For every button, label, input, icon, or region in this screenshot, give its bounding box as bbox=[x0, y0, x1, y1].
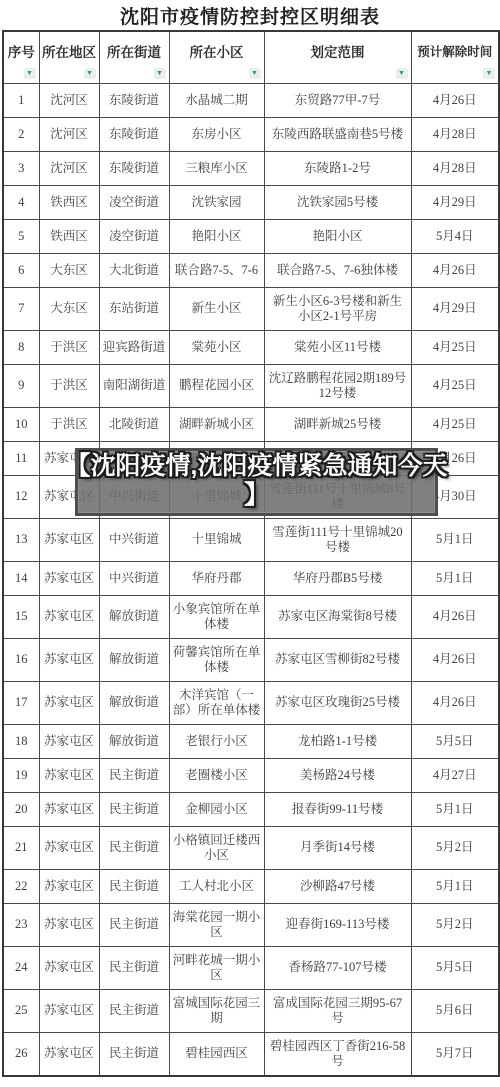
cell-release: 5月4日 bbox=[411, 219, 499, 253]
cell-district: 苏家屯区 bbox=[39, 903, 99, 946]
cell-district: 苏家屯区 bbox=[39, 724, 99, 758]
table-row: 20苏家屯区民主街道金柳园小区报春街99-11号楼5月1日 bbox=[3, 792, 499, 826]
cell-street: 南阳湖街道 bbox=[99, 364, 169, 407]
watermark-text-line2: 】 bbox=[244, 481, 269, 510]
cell-scope: 沈辽路鹏程花园2期189号12号楼 bbox=[264, 364, 411, 407]
table-row: 2沈河区东陵街道东房小区东陵西路联盛南巷5号楼4月28日 bbox=[3, 117, 499, 151]
cell-index: 5 bbox=[3, 219, 39, 253]
cell-scope: 报春街99-11号楼 bbox=[264, 792, 411, 826]
cell-index: 9 bbox=[3, 364, 39, 407]
cell-street: 民主街道 bbox=[99, 946, 169, 989]
cell-community: 新生小区 bbox=[169, 287, 264, 330]
cell-release: 4月29日 bbox=[411, 287, 499, 330]
cell-index: 24 bbox=[3, 946, 39, 989]
cell-street: 解放街道 bbox=[99, 638, 169, 681]
cell-release: 4月29日 bbox=[411, 185, 499, 219]
cell-street: 大北街道 bbox=[99, 253, 169, 287]
cell-district: 大东区 bbox=[39, 253, 99, 287]
cell-release: 5月1日 bbox=[411, 869, 499, 903]
cell-index: 19 bbox=[3, 758, 39, 792]
header-row: 序号 ▼ 所在地区 ▼ 所在街道 ▼ 所在小区 ▼ 划定范围 ▼ bbox=[3, 31, 499, 83]
cell-district: 沈河区 bbox=[39, 117, 99, 151]
col-header-index: 序号 ▼ bbox=[3, 31, 39, 83]
cell-street: 民主街道 bbox=[99, 792, 169, 826]
cell-index: 11 bbox=[3, 441, 39, 475]
cell-community: 鹏程花园小区 bbox=[169, 364, 264, 407]
cell-community: 三粮库小区 bbox=[169, 151, 264, 185]
cell-index: 10 bbox=[3, 407, 39, 441]
col-header-community: 所在小区 ▼ bbox=[169, 31, 264, 83]
cell-release: 5月1日 bbox=[411, 561, 499, 595]
cell-district: 铁西区 bbox=[39, 185, 99, 219]
cell-release: 4月25日 bbox=[411, 330, 499, 364]
table-row: 5铁西区凌空街道艳阳小区艳阳小区5月4日 bbox=[3, 219, 499, 253]
cell-district: 苏家屯区 bbox=[39, 595, 99, 638]
cell-scope: 沙柳路47号楼 bbox=[264, 869, 411, 903]
table-row: 26苏家屯区民主街道碧桂园西区碧桂园西区丁香街216-58号5月7日 bbox=[3, 1032, 499, 1076]
cell-release: 5月7日 bbox=[411, 1032, 499, 1076]
cell-index: 1 bbox=[3, 83, 39, 117]
cell-scope: 月季街14号楼 bbox=[264, 826, 411, 869]
cell-scope: 东陵西路联盛南巷5号楼 bbox=[264, 117, 411, 151]
cell-scope: 华府丹郡B5号楼 bbox=[264, 561, 411, 595]
cell-release: 5月5日 bbox=[411, 946, 499, 989]
cell-index: 6 bbox=[3, 253, 39, 287]
cell-community: 湖畔新城小区 bbox=[169, 407, 264, 441]
cell-index: 7 bbox=[3, 287, 39, 330]
col-header-district: 所在地区 ▼ bbox=[39, 31, 99, 83]
table-row: 8于洪区迎宾路街道棠苑小区棠苑小区11号楼4月25日 bbox=[3, 330, 499, 364]
table-body: 1沈河区东陵街道水晶城二期东贸路77甲-7号4月26日2沈河区东陵街道东房小区东… bbox=[3, 83, 499, 1076]
cell-street: 解放街道 bbox=[99, 681, 169, 724]
table-row: 7大东区东站街道新生小区新生小区6-3号楼和新生小区2-1号平房4月29日 bbox=[3, 287, 499, 330]
cell-release: 4月26日 bbox=[411, 253, 499, 287]
table-row: 24苏家屯区民主街道河畔花城一期小区香杨路77-107号楼5月5日 bbox=[3, 946, 499, 989]
cell-index: 21 bbox=[3, 826, 39, 869]
cell-street: 迎宾路街道 bbox=[99, 330, 169, 364]
cell-community: 小格镇回迁楼西小区 bbox=[169, 826, 264, 869]
cell-community: 木洋宾馆（一部）所在单体楼 bbox=[169, 681, 264, 724]
cell-street: 民主街道 bbox=[99, 758, 169, 792]
lockdown-area-table: 序号 ▼ 所在地区 ▼ 所在街道 ▼ 所在小区 ▼ 划定范围 ▼ bbox=[2, 30, 500, 1077]
cell-community: 老银行小区 bbox=[169, 724, 264, 758]
cell-release: 4月25日 bbox=[411, 407, 499, 441]
cell-district: 于洪区 bbox=[39, 407, 99, 441]
col-header-street: 所在街道 ▼ bbox=[99, 31, 169, 83]
cell-district: 于洪区 bbox=[39, 330, 99, 364]
cell-street: 解放街道 bbox=[99, 595, 169, 638]
cell-street: 东站街道 bbox=[99, 287, 169, 330]
cell-scope: 艳阳小区 bbox=[264, 219, 411, 253]
cell-release: 5月2日 bbox=[411, 903, 499, 946]
cell-street: 民主街道 bbox=[99, 826, 169, 869]
cell-community: 工人村北小区 bbox=[169, 869, 264, 903]
cell-release: 5月1日 bbox=[411, 518, 499, 561]
cell-community: 艳阳小区 bbox=[169, 219, 264, 253]
cell-street: 民主街道 bbox=[99, 869, 169, 903]
cell-community: 沈铁家园 bbox=[169, 185, 264, 219]
cell-community: 荷馨宾馆所在单体楼 bbox=[169, 638, 264, 681]
cell-district: 苏家屯区 bbox=[39, 869, 99, 903]
cell-district: 苏家屯区 bbox=[39, 518, 99, 561]
cell-community: 碧桂园西区 bbox=[169, 1032, 264, 1076]
cell-index: 16 bbox=[3, 638, 39, 681]
cell-release: 5月1日 bbox=[411, 792, 499, 826]
cell-street: 中兴街道 bbox=[99, 518, 169, 561]
table-row: 10于洪区北陵街道湖畔新城小区湖畔新城25号楼4月25日 bbox=[3, 407, 499, 441]
cell-community: 十里锦城 bbox=[169, 518, 264, 561]
cell-scope: 碧桂园西区丁香街216-58号 bbox=[264, 1032, 411, 1076]
table-row: 16苏家屯区解放街道荷馨宾馆所在单体楼苏家屯区雪柳街82号楼4月26日 bbox=[3, 638, 499, 681]
table-row: 15苏家屯区解放街道小象宾馆所在单体楼苏家屯区海棠街8号楼4月26日 bbox=[3, 595, 499, 638]
cell-district: 苏家屯区 bbox=[39, 792, 99, 826]
cell-release: 5月5日 bbox=[411, 724, 499, 758]
cell-release: 4月25日 bbox=[411, 364, 499, 407]
cell-index: 25 bbox=[3, 989, 39, 1032]
cell-district: 苏家屯区 bbox=[39, 561, 99, 595]
cell-street: 民主街道 bbox=[99, 1032, 169, 1076]
cell-street: 民主街道 bbox=[99, 903, 169, 946]
cell-scope: 湖畔新城25号楼 bbox=[264, 407, 411, 441]
col-header-release: 预计解除时间 ▼ bbox=[411, 31, 499, 83]
table-row: 18苏家屯区解放街道老银行小区龙柏路1-1号楼5月5日 bbox=[3, 724, 499, 758]
cell-release: 4月26日 bbox=[411, 595, 499, 638]
cell-scope: 美杨路24号楼 bbox=[264, 758, 411, 792]
cell-scope: 龙柏路1-1号楼 bbox=[264, 724, 411, 758]
cell-scope: 苏家屯区雪柳街82号楼 bbox=[264, 638, 411, 681]
cell-scope: 东贸路77甲-7号 bbox=[264, 83, 411, 117]
watermark-banner: 【沈阳疫情,沈阳疫情紧急通知今天 】 bbox=[75, 448, 438, 516]
cell-district: 铁西区 bbox=[39, 219, 99, 253]
cell-release: 4月28日 bbox=[411, 151, 499, 185]
table-row: 23苏家屯区民主街道海棠花园一期小区迎春街169-113号楼5月2日 bbox=[3, 903, 499, 946]
cell-index: 15 bbox=[3, 595, 39, 638]
cell-scope: 雪莲街111号十里锦城20号楼 bbox=[264, 518, 411, 561]
table-row: 25苏家屯区民主街道富城国际花园三期富成国际花园三期95-67号5月6日 bbox=[3, 989, 499, 1032]
cell-street: 东陵街道 bbox=[99, 83, 169, 117]
cell-scope: 新生小区6-3号楼和新生小区2-1号平房 bbox=[264, 287, 411, 330]
cell-release: 4月26日 bbox=[411, 638, 499, 681]
cell-district: 苏家屯区 bbox=[39, 758, 99, 792]
filter-dropdown-icon[interactable]: ▼ bbox=[396, 68, 408, 79]
cell-district: 苏家屯区 bbox=[39, 1032, 99, 1076]
cell-release: 4月26日 bbox=[411, 83, 499, 117]
cell-index: 23 bbox=[3, 903, 39, 946]
cell-index: 3 bbox=[3, 151, 39, 185]
filter-dropdown-icon[interactable]: ▼ bbox=[24, 68, 36, 79]
cell-community: 联合路7-5、7-6 bbox=[169, 253, 264, 287]
cell-scope: 香杨路77-107号楼 bbox=[264, 946, 411, 989]
table-header: 序号 ▼ 所在地区 ▼ 所在街道 ▼ 所在小区 ▼ 划定范围 ▼ bbox=[3, 31, 499, 83]
table-row: 3沈河区东陵街道三粮库小区东陵路1-2号4月28日 bbox=[3, 151, 499, 185]
table-row: 21苏家屯区民主街道小格镇回迁楼西小区月季街14号楼5月2日 bbox=[3, 826, 499, 869]
cell-release: 4月26日 bbox=[411, 681, 499, 724]
cell-street: 民主街道 bbox=[99, 989, 169, 1032]
cell-index: 8 bbox=[3, 330, 39, 364]
cell-district: 于洪区 bbox=[39, 364, 99, 407]
cell-community: 富城国际花园三期 bbox=[169, 989, 264, 1032]
table-row: 19苏家屯区民主街道老圈楼小区美杨路24号楼4月27日 bbox=[3, 758, 499, 792]
cell-street: 凌空街道 bbox=[99, 219, 169, 253]
cell-scope: 迎春街169-113号楼 bbox=[264, 903, 411, 946]
cell-index: 12 bbox=[3, 475, 39, 518]
table-row: 22苏家屯区民主街道工人村北小区沙柳路47号楼5月1日 bbox=[3, 869, 499, 903]
cell-scope: 富成国际花园三期95-67号 bbox=[264, 989, 411, 1032]
cell-release: 4月27日 bbox=[411, 758, 499, 792]
cell-index: 13 bbox=[3, 518, 39, 561]
table-row: 17苏家屯区解放街道木洋宾馆（一部）所在单体楼苏家屯区玫瑰街25号楼4月26日 bbox=[3, 681, 499, 724]
cell-community: 金柳园小区 bbox=[169, 792, 264, 826]
cell-index: 2 bbox=[3, 117, 39, 151]
cell-community: 老圈楼小区 bbox=[169, 758, 264, 792]
cell-street: 解放街道 bbox=[99, 724, 169, 758]
cell-index: 26 bbox=[3, 1032, 39, 1076]
cell-street: 北陵街道 bbox=[99, 407, 169, 441]
cell-index: 14 bbox=[3, 561, 39, 595]
cell-district: 大东区 bbox=[39, 287, 99, 330]
cell-street: 凌空街道 bbox=[99, 185, 169, 219]
cell-district: 沈河区 bbox=[39, 83, 99, 117]
col-header-scope: 划定范围 ▼ bbox=[264, 31, 411, 83]
cell-street: 东陵街道 bbox=[99, 151, 169, 185]
cell-scope: 东陵路1-2号 bbox=[264, 151, 411, 185]
cell-scope: 苏家屯区海棠街8号楼 bbox=[264, 595, 411, 638]
cell-district: 苏家屯区 bbox=[39, 681, 99, 724]
cell-release: 5月2日 bbox=[411, 826, 499, 869]
cell-district: 沈河区 bbox=[39, 151, 99, 185]
cell-street: 中兴街道 bbox=[99, 561, 169, 595]
table-row: 9于洪区南阳湖街道鹏程花园小区沈辽路鹏程花园2期189号12号楼4月25日 bbox=[3, 364, 499, 407]
cell-community: 华府丹郡 bbox=[169, 561, 264, 595]
cell-index: 4 bbox=[3, 185, 39, 219]
cell-district: 苏家屯区 bbox=[39, 989, 99, 1032]
watermark-text-line1: 【沈阳疫情,沈阳疫情紧急通知今天 bbox=[66, 452, 448, 481]
table-row: 6大东区大北街道联合路7-5、7-6联合路7-5、7-6独体楼4月26日 bbox=[3, 253, 499, 287]
cell-release: 5月6日 bbox=[411, 989, 499, 1032]
filter-dropdown-icon[interactable]: ▼ bbox=[249, 68, 261, 79]
cell-scope: 苏家屯区玫瑰街25号楼 bbox=[264, 681, 411, 724]
cell-community: 小象宾馆所在单体楼 bbox=[169, 595, 264, 638]
cell-street: 东陵街道 bbox=[99, 117, 169, 151]
table-row: 13苏家屯区中兴街道十里锦城雪莲街111号十里锦城20号楼5月1日 bbox=[3, 518, 499, 561]
filter-dropdown-icon[interactable]: ▼ bbox=[483, 68, 495, 79]
cell-community: 海棠花园一期小区 bbox=[169, 903, 264, 946]
cell-community: 东房小区 bbox=[169, 117, 264, 151]
cell-community: 河畔花城一期小区 bbox=[169, 946, 264, 989]
cell-district: 苏家屯区 bbox=[39, 946, 99, 989]
cell-index: 18 bbox=[3, 724, 39, 758]
cell-index: 20 bbox=[3, 792, 39, 826]
cell-scope: 联合路7-5、7-6独体楼 bbox=[264, 253, 411, 287]
filter-dropdown-icon[interactable]: ▼ bbox=[84, 68, 96, 79]
table-row: 14苏家屯区中兴街道华府丹郡华府丹郡B5号楼5月1日 bbox=[3, 561, 499, 595]
page-title: 沈阳市疫情防控封控区明细表 bbox=[0, 0, 500, 30]
cell-index: 22 bbox=[3, 869, 39, 903]
filter-dropdown-icon[interactable]: ▼ bbox=[154, 68, 166, 79]
table-row: 4铁西区凌空街道沈铁家园沈铁家园5号楼4月29日 bbox=[3, 185, 499, 219]
cell-index: 17 bbox=[3, 681, 39, 724]
cell-community: 棠苑小区 bbox=[169, 330, 264, 364]
cell-scope: 棠苑小区11号楼 bbox=[264, 330, 411, 364]
cell-district: 苏家屯区 bbox=[39, 638, 99, 681]
cell-community: 水晶城二期 bbox=[169, 83, 264, 117]
table-row: 1沈河区东陵街道水晶城二期东贸路77甲-7号4月26日 bbox=[3, 83, 499, 117]
cell-scope: 沈铁家园5号楼 bbox=[264, 185, 411, 219]
cell-district: 苏家屯区 bbox=[39, 826, 99, 869]
page: 沈阳市疫情防控封控区明细表 序号 ▼ 所在地区 ▼ 所在街道 ▼ 所在小区 ▼ bbox=[0, 0, 500, 1087]
cell-release: 4月28日 bbox=[411, 117, 499, 151]
